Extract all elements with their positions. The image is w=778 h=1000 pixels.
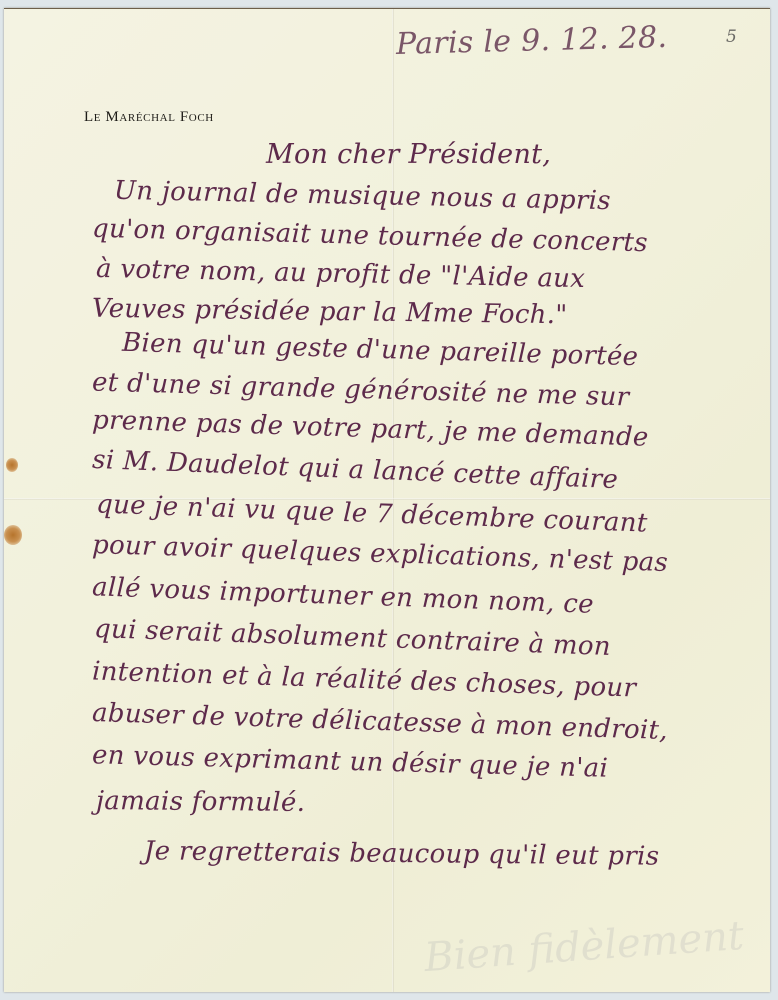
- letter-line: Veuves présidée par la Mme Foch.": [92, 294, 568, 331]
- letter-line: Je regretterais beaucoup qu'il eut pris: [144, 836, 660, 871]
- page-number: 5: [726, 27, 737, 47]
- letter-page: Bien fidèlement 5 Le Maréchal Foch Paris…: [4, 8, 770, 992]
- letter-line: et d'une si grande générosité ne me sur: [92, 368, 630, 413]
- letter-line: prenne pas de votre part, je me demande: [92, 405, 649, 452]
- letter-line: qu'on organisait une tournée de concerts: [92, 214, 649, 259]
- letter-line: Un journal de musique nous a appris: [114, 176, 611, 216]
- rust-stain-upper: [6, 458, 18, 472]
- date-line: Paris le 9. 12. 28.: [396, 20, 668, 62]
- letter-line: jamais formulé.: [96, 786, 305, 818]
- letter-line: qui serait absolument contraire à mon: [94, 614, 612, 662]
- letter-line: en vous exprimant un désir que je n'ai: [92, 740, 609, 784]
- letter-line: allé vous importuner en mon nom, ce: [92, 572, 595, 619]
- letter-line: à votre nom, au profit de "l'Aide aux: [96, 254, 586, 294]
- letter-line: intention et à la réalité des choses, po…: [92, 656, 637, 703]
- letterhead: Le Maréchal Foch: [84, 109, 214, 126]
- letter-line: abuser de votre délicatesse à mon endroi…: [92, 698, 669, 746]
- letter-line: Bien qu'un geste d'une pareille portée: [122, 328, 639, 372]
- bleed-through-text: Bien fidèlement: [423, 913, 746, 981]
- letter-line: que je n'ai vu que le 7 décembre courant: [96, 489, 648, 538]
- salutation: Mon cher Président,: [266, 139, 551, 170]
- letter-line: pour avoir quelques explications, n'est …: [92, 530, 669, 578]
- letter-line: si M. Daudelot qui a lancé cette affaire: [92, 445, 619, 495]
- rust-stain-lower: [4, 525, 22, 545]
